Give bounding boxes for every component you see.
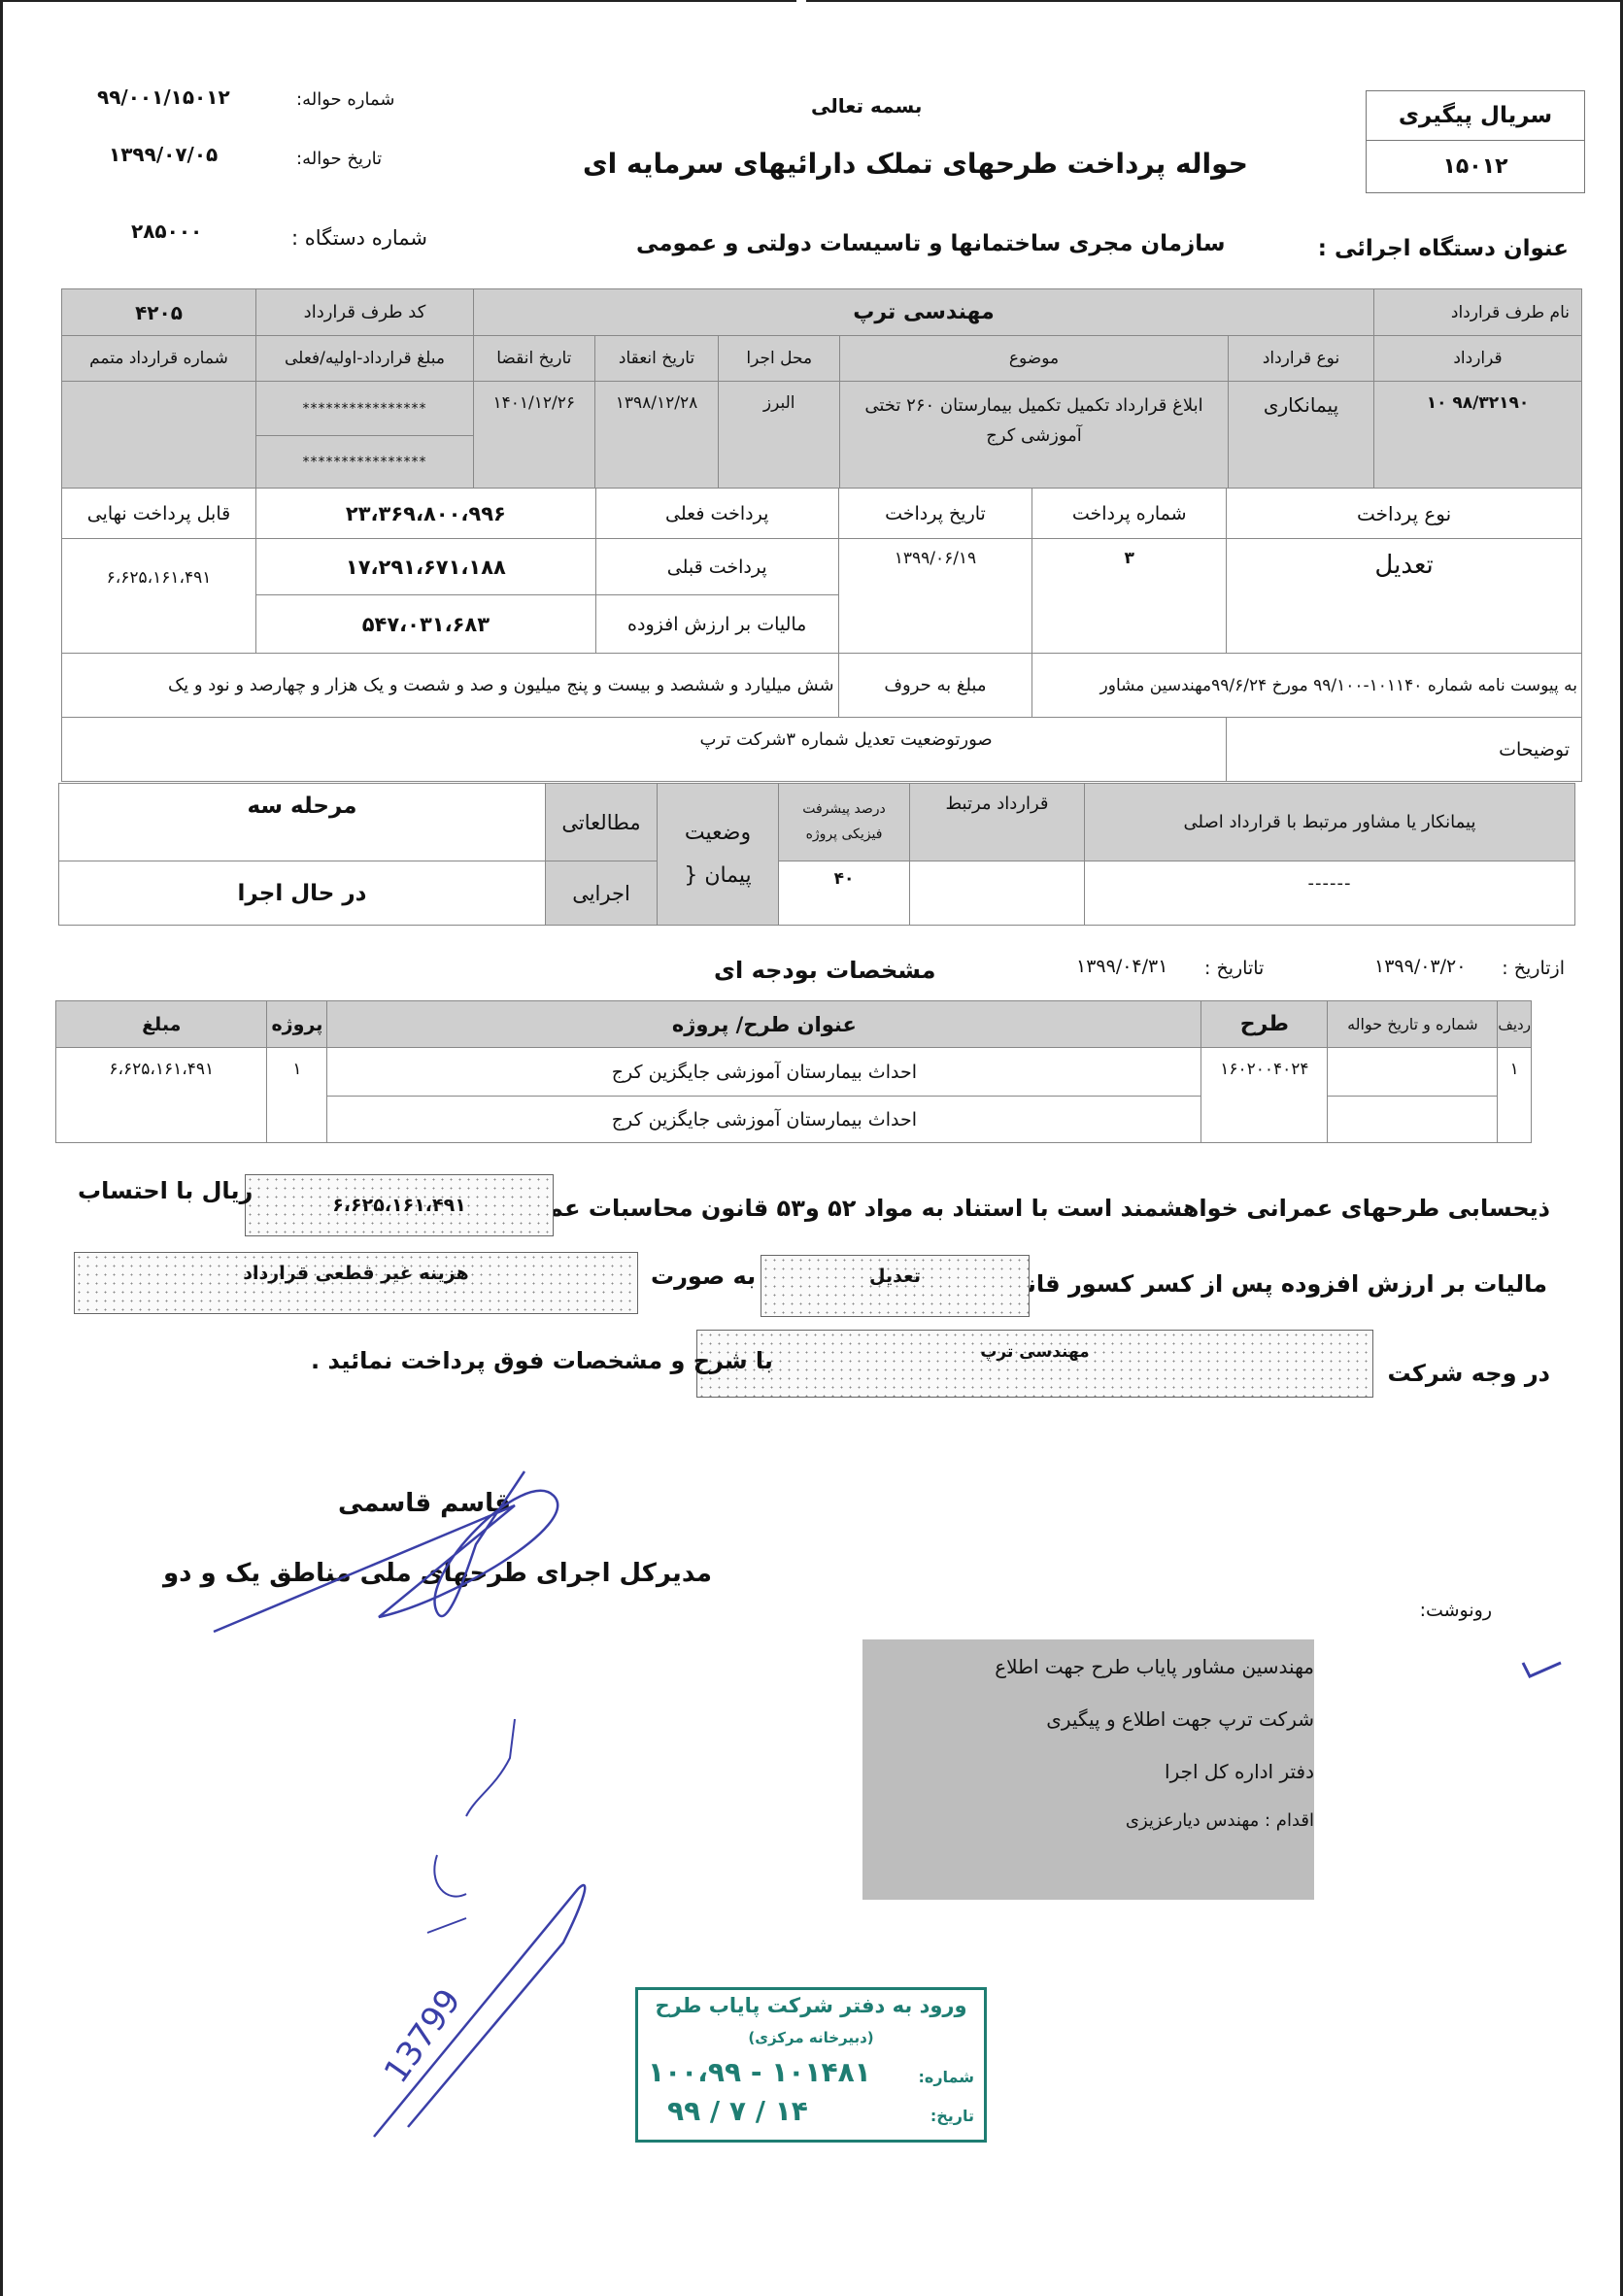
signature-scribble-icon (194, 1457, 699, 1651)
party-name-label: نام طرف قرارداد (1374, 289, 1582, 336)
col-contract: قرارداد (1374, 336, 1582, 382)
payment-number-label: شماره پرداخت (1032, 489, 1227, 539)
handwritten-number: 13799 (377, 1982, 469, 2091)
instruction-amount-field: ۶،۶۲۵،۱۶۱،۴۹۱ (245, 1174, 554, 1236)
row-project-title: احداث بیمارستان آموزشی جایگزین کرج (327, 1097, 1201, 1143)
cc-item: اقدام : مهندس دیارعزیزی (1126, 1810, 1314, 1831)
progress-label-line1: درصد پیشرفت (783, 797, 905, 822)
payment-type-value: تعدیل (1231, 551, 1577, 580)
related-contract-value (910, 861, 1085, 926)
cc-block: مهندسین مشاور پایاب طرح جهت اطلاع شرکت ت… (862, 1639, 1314, 1900)
from-date-value: ۱۳۹۹/۰۳/۲۰ (1374, 956, 1466, 977)
scan-border-top (806, 0, 1623, 2)
stamp-title: ورود به دفتر شرکت پایاب طرح (638, 1994, 984, 2017)
related-party-label: پیمانکار یا مشاور مرتبط با قرارداد اصلی (1085, 784, 1575, 861)
checkmark-icon (1520, 1655, 1564, 1679)
row-index: ۱ (1498, 1048, 1532, 1143)
stamp-number-label: شماره: (918, 2068, 974, 2086)
instruction-line3-suffix: با شرح و مشخصات فوق پرداخت نمائید . (311, 1347, 773, 1374)
instruction-amount-value: ۶،۶۲۵،۱۶۱،۴۹۱ (332, 1195, 466, 1216)
document-title: حواله پرداخت طرحهای تملک دارائیهای سرمای… (583, 148, 1248, 180)
instruction-company-value: مهندسی ترپ (980, 1342, 1089, 1362)
row-hawale-2 (1328, 1097, 1498, 1143)
contract-amount-current: **************** (256, 436, 473, 489)
execution-phase-value: در حال اجرا (59, 861, 546, 926)
executive-org-value: سازمان مجری ساختمانها و تاسیسات دولتی و … (636, 231, 1225, 256)
payment-table: نوع پرداخت تعدیل شماره پرداخت تاریخ پردا… (61, 488, 1582, 782)
payment-type-cell: نوع پرداخت تعدیل (1227, 489, 1582, 654)
instruction-reason-field: تعدیل (761, 1255, 1030, 1317)
status-table: پیمانکار یا مشاور مرتبط با قرارداد اصلی … (58, 783, 1575, 926)
final-payable-value: ۶،۶۲۵،۱۶۱،۴۹۱ (62, 539, 256, 654)
vat-value: ۵۴۷،۰۳۱،۶۸۳ (255, 595, 595, 654)
date-values: البرز ۱۳۹۸/۱۲/۲۸ ۱۴۰۱/۱۲/۲۶ (474, 382, 840, 490)
previous-payment-value: ۱۷،۲۹۱،۶۷۱،۱۸۸ (255, 539, 595, 595)
col-contract-amount: مبلغ قرارداد-اولیه/فعلی (256, 336, 474, 382)
col-hawale: شماره و تاریخ حواله (1328, 1001, 1498, 1048)
row-hawale (1328, 1048, 1498, 1097)
cc-item: مهندسین مشاور پایاب طرح جهت اطلاع (995, 1655, 1314, 1678)
final-payable-label: قابل پرداخت نهایی (62, 489, 256, 539)
col-supplement-number: شماره قرارداد متمم (62, 336, 256, 382)
vat-label: مالیات بر ارزش افزوده (595, 595, 838, 654)
col-plan-title: عنوان طرح/ پروژه (327, 1001, 1201, 1048)
current-payment-value: ۲۳،۳۶۹،۸۰۰،۹۹۶ (255, 489, 595, 539)
instruction-line3: در وجه شرکت (1387, 1360, 1550, 1387)
contract-table: نام طرف قرارداد مهندسی ترپ کد طرف قراردا… (61, 288, 1582, 490)
conclusion-date: ۱۳۹۸/۱۲/۲۸ (594, 382, 719, 489)
hawale-number-value: ۹۹/۰۰۱/۱۵۰۱۲ (97, 85, 230, 109)
device-number-value: ۲۸۵۰۰۰ (131, 219, 202, 243)
contract-status-label: وضعیت پیمان { (658, 784, 779, 926)
reception-stamp: ورود به دفتر شرکت پایاب طرح (دبیرخانه مر… (635, 1987, 987, 2143)
row-plan-code: ۱۶۰۲۰۰۴۰۲۴ (1201, 1048, 1328, 1143)
contract-status-label-line2: پیمان { (661, 855, 774, 897)
executive-org-label: عنوان دستگاه اجرائی : (1318, 236, 1569, 261)
budget-table: ردیف شماره و تاریخ حواله طرح عنوان طرح/ … (55, 1000, 1532, 1143)
contract-status-label-line1: وضعیت (661, 812, 774, 855)
amount-words-label: مبلغ به حروف (838, 654, 1032, 718)
instruction-company-field: مهندسی ترپ (696, 1330, 1373, 1398)
hawale-date-value: ۱۳۹۹/۰۷/۰۵ (109, 143, 218, 166)
col-expiry-date: تاریخ انقضا (474, 336, 594, 381)
handwritten-note-icon: 13799 (369, 1709, 622, 2156)
bismillah: بسمه تعالی (811, 94, 922, 118)
to-date-label: تاتاریخ : (1204, 958, 1264, 979)
contract-amount-initial: **************** (256, 383, 473, 436)
party-code-label: کد طرف قرارداد (256, 289, 474, 336)
progress-label-line2: فیزیکی پروژه (783, 823, 905, 847)
execution-location: البرز (719, 382, 839, 489)
date-headers: محل اجرا تاریخ انعقاد تاریخ انقضا (474, 336, 840, 382)
instruction-payment-form-field: هزینه غیر قطعی قرارداد (74, 1252, 638, 1314)
hawale-date-label: تاریخ حواله: (296, 149, 382, 169)
expiry-date: ۱۴۰۱/۱۲/۲۶ (474, 382, 594, 489)
hawale-number-label: شماره حواله: (296, 89, 394, 110)
to-date-value: ۱۳۹۹/۰۴/۳۱ (1076, 956, 1167, 977)
stamp-date-label: تاریخ: (930, 2107, 974, 2125)
progress-label: درصد پیشرفت فیزیکی پروژه (779, 784, 910, 861)
contract-subject: ابلاغ قرارداد تکمیل تکمیل بیمارستان ۲۶۰ … (840, 382, 1229, 490)
study-phase-value: مرحله سه (59, 784, 546, 861)
payment-number-value: ۳ (1032, 539, 1227, 654)
cc-item: شرکت ترپ جهت اطلاع و پیگیری (1046, 1707, 1314, 1731)
col-amount: مبلغ (56, 1001, 267, 1048)
stamp-date-value: ۹۹ / ۷ / ۱۴ (667, 2095, 808, 2127)
instruction-line2-mid: به صورت (651, 1263, 756, 1290)
stamp-subtitle: (دبیرخانه مرکزی) (638, 2029, 984, 2046)
row-project: ۱ (267, 1048, 327, 1143)
previous-payment-label: پرداخت قبلی (595, 539, 838, 595)
payment-date-label: تاریخ پرداخت (838, 489, 1032, 539)
progress-value: ۴۰ (779, 861, 910, 926)
budget-title: مشخصات بودجه ای (714, 957, 936, 984)
contract-number: ۱۰ ۹۸/۳۲۱۹۰ (1374, 382, 1582, 490)
contract-type: پیمانکاری (1229, 382, 1374, 490)
from-date-label: ازتاریخ : (1502, 958, 1565, 979)
tracking-serial-label: سریال پیگیری (1367, 91, 1584, 141)
col-project: پروژه (267, 1001, 327, 1048)
payment-type-label: نوع پرداخت (1227, 489, 1581, 539)
col-plan: طرح (1201, 1001, 1328, 1048)
scan-border-top (0, 0, 796, 2)
instruction-line1-suffix: ریال با احتساب (78, 1177, 253, 1204)
col-conclusion-date: تاریخ انعقاد (594, 336, 719, 381)
tracking-serial-box: سریال پیگیری ۱۵۰۱۲ (1366, 90, 1585, 193)
tracking-serial-value: ۱۵۰۱۲ (1367, 141, 1584, 192)
description-value: صورتوضعیت تعدیل شماره ۳شرکت ترپ (62, 718, 1227, 782)
device-number-label: شماره دستگاه : (291, 226, 427, 250)
instruction-reason-value: تعدیل (869, 1266, 921, 1287)
cc-label: رونوشت: (1420, 1600, 1492, 1621)
contract-amounts: **************** **************** (256, 382, 474, 490)
party-code-value: ۴۲۰۵ (62, 289, 256, 336)
reference-note: به پیوست نامه شماره ۱۰۱۱۴۰-۹۹/۱۰۰ مورخ ۹… (1032, 654, 1582, 718)
cc-item: دفتر اداره کل اجرا (1165, 1760, 1314, 1783)
related-party-value: ------ (1085, 861, 1575, 926)
party-name-value: مهندسی ترپ (474, 289, 1374, 336)
col-row-index: ردیف (1498, 1001, 1532, 1048)
stamp-number-value: ۱۰۰،۹۹ - ۱۰۱۴۸۱ (648, 2056, 871, 2088)
study-phase-label: مطالعاتی (546, 784, 658, 861)
supplement-number (62, 382, 256, 490)
instruction-line1: ذیحسابی طرحهای عمرانی خواهشمند است با اس… (439, 1195, 1550, 1222)
scan-border-left (0, 0, 3, 2296)
description-label: توضیحات (1227, 718, 1582, 782)
related-contract-label: قرارداد مرتبط (910, 784, 1085, 861)
col-location: محل اجرا (719, 336, 839, 381)
amount-words-value: شش میلیارد و ششصد و بیست و پنج میلیون و … (62, 654, 839, 718)
col-subject: موضوع (840, 336, 1229, 382)
execution-phase-label: اجرایی (546, 861, 658, 926)
row-amount: ۶،۶۲۵،۱۶۱،۴۹۱ (56, 1048, 267, 1143)
current-payment-label: پرداخت فعلی (595, 489, 838, 539)
instruction-payment-form-value: هزینه غیر قطعی قرارداد (243, 1263, 468, 1284)
row-plan-title: احداث بیمارستان آموزشی جایگزین کرج (327, 1048, 1201, 1097)
col-contract-type: نوع قرارداد (1229, 336, 1374, 382)
payment-date-value: ۱۳۹۹/۰۶/۱۹ (838, 539, 1032, 654)
